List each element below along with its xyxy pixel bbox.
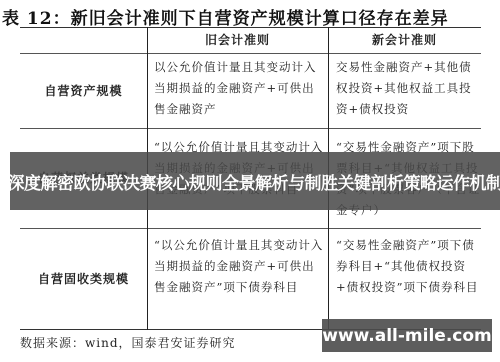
row-old-proprietary-assets: 以公允价值计量且其变动计入当期损益的金融资产+可供出售金融资产 — [154, 57, 324, 120]
overlay-title-banner: 深度解密欧协联决赛核心规则全景解析与制胜关键剖析策略运作机制 — [10, 152, 500, 210]
header-new-standard: 新会计准则 — [328, 30, 481, 51]
overlay-title-text: 深度解密欧协联决赛核心规则全景解析与制胜关键剖析策略运作机制 — [8, 169, 500, 194]
row-label-proprietary-assets: 自营资产规模 — [20, 54, 147, 128]
header-old-standard: 旧会计准则 — [147, 30, 328, 51]
site-watermark: www.all-mile.com — [322, 319, 492, 352]
row-new-fixed-income-scale: “交易性金融资产”项下债券科目+“其他债权投资+债权投资”项下债券科目 — [336, 235, 481, 298]
data-source-note: 数据来源：wind，国泰君安证券研究 — [20, 334, 236, 351]
table-top-rule — [20, 27, 481, 28]
watermark-text: www.all-mile.com — [322, 326, 492, 346]
row-old-fixed-income-scale: “以公允价值计量且其变动计入当期损益的金融资产+可供出售金融资产”项下债券科目 — [154, 235, 324, 298]
row-new-proprietary-assets: 交易性金融资产+其他债权投资+其他权益工具投资+债权投资 — [336, 57, 481, 120]
table-title: 表 12：新旧会计准则下自营资产规模计算口径存在差异 — [2, 4, 449, 29]
row-label-fixed-income-scale: 自营固收类规模 — [20, 229, 147, 329]
